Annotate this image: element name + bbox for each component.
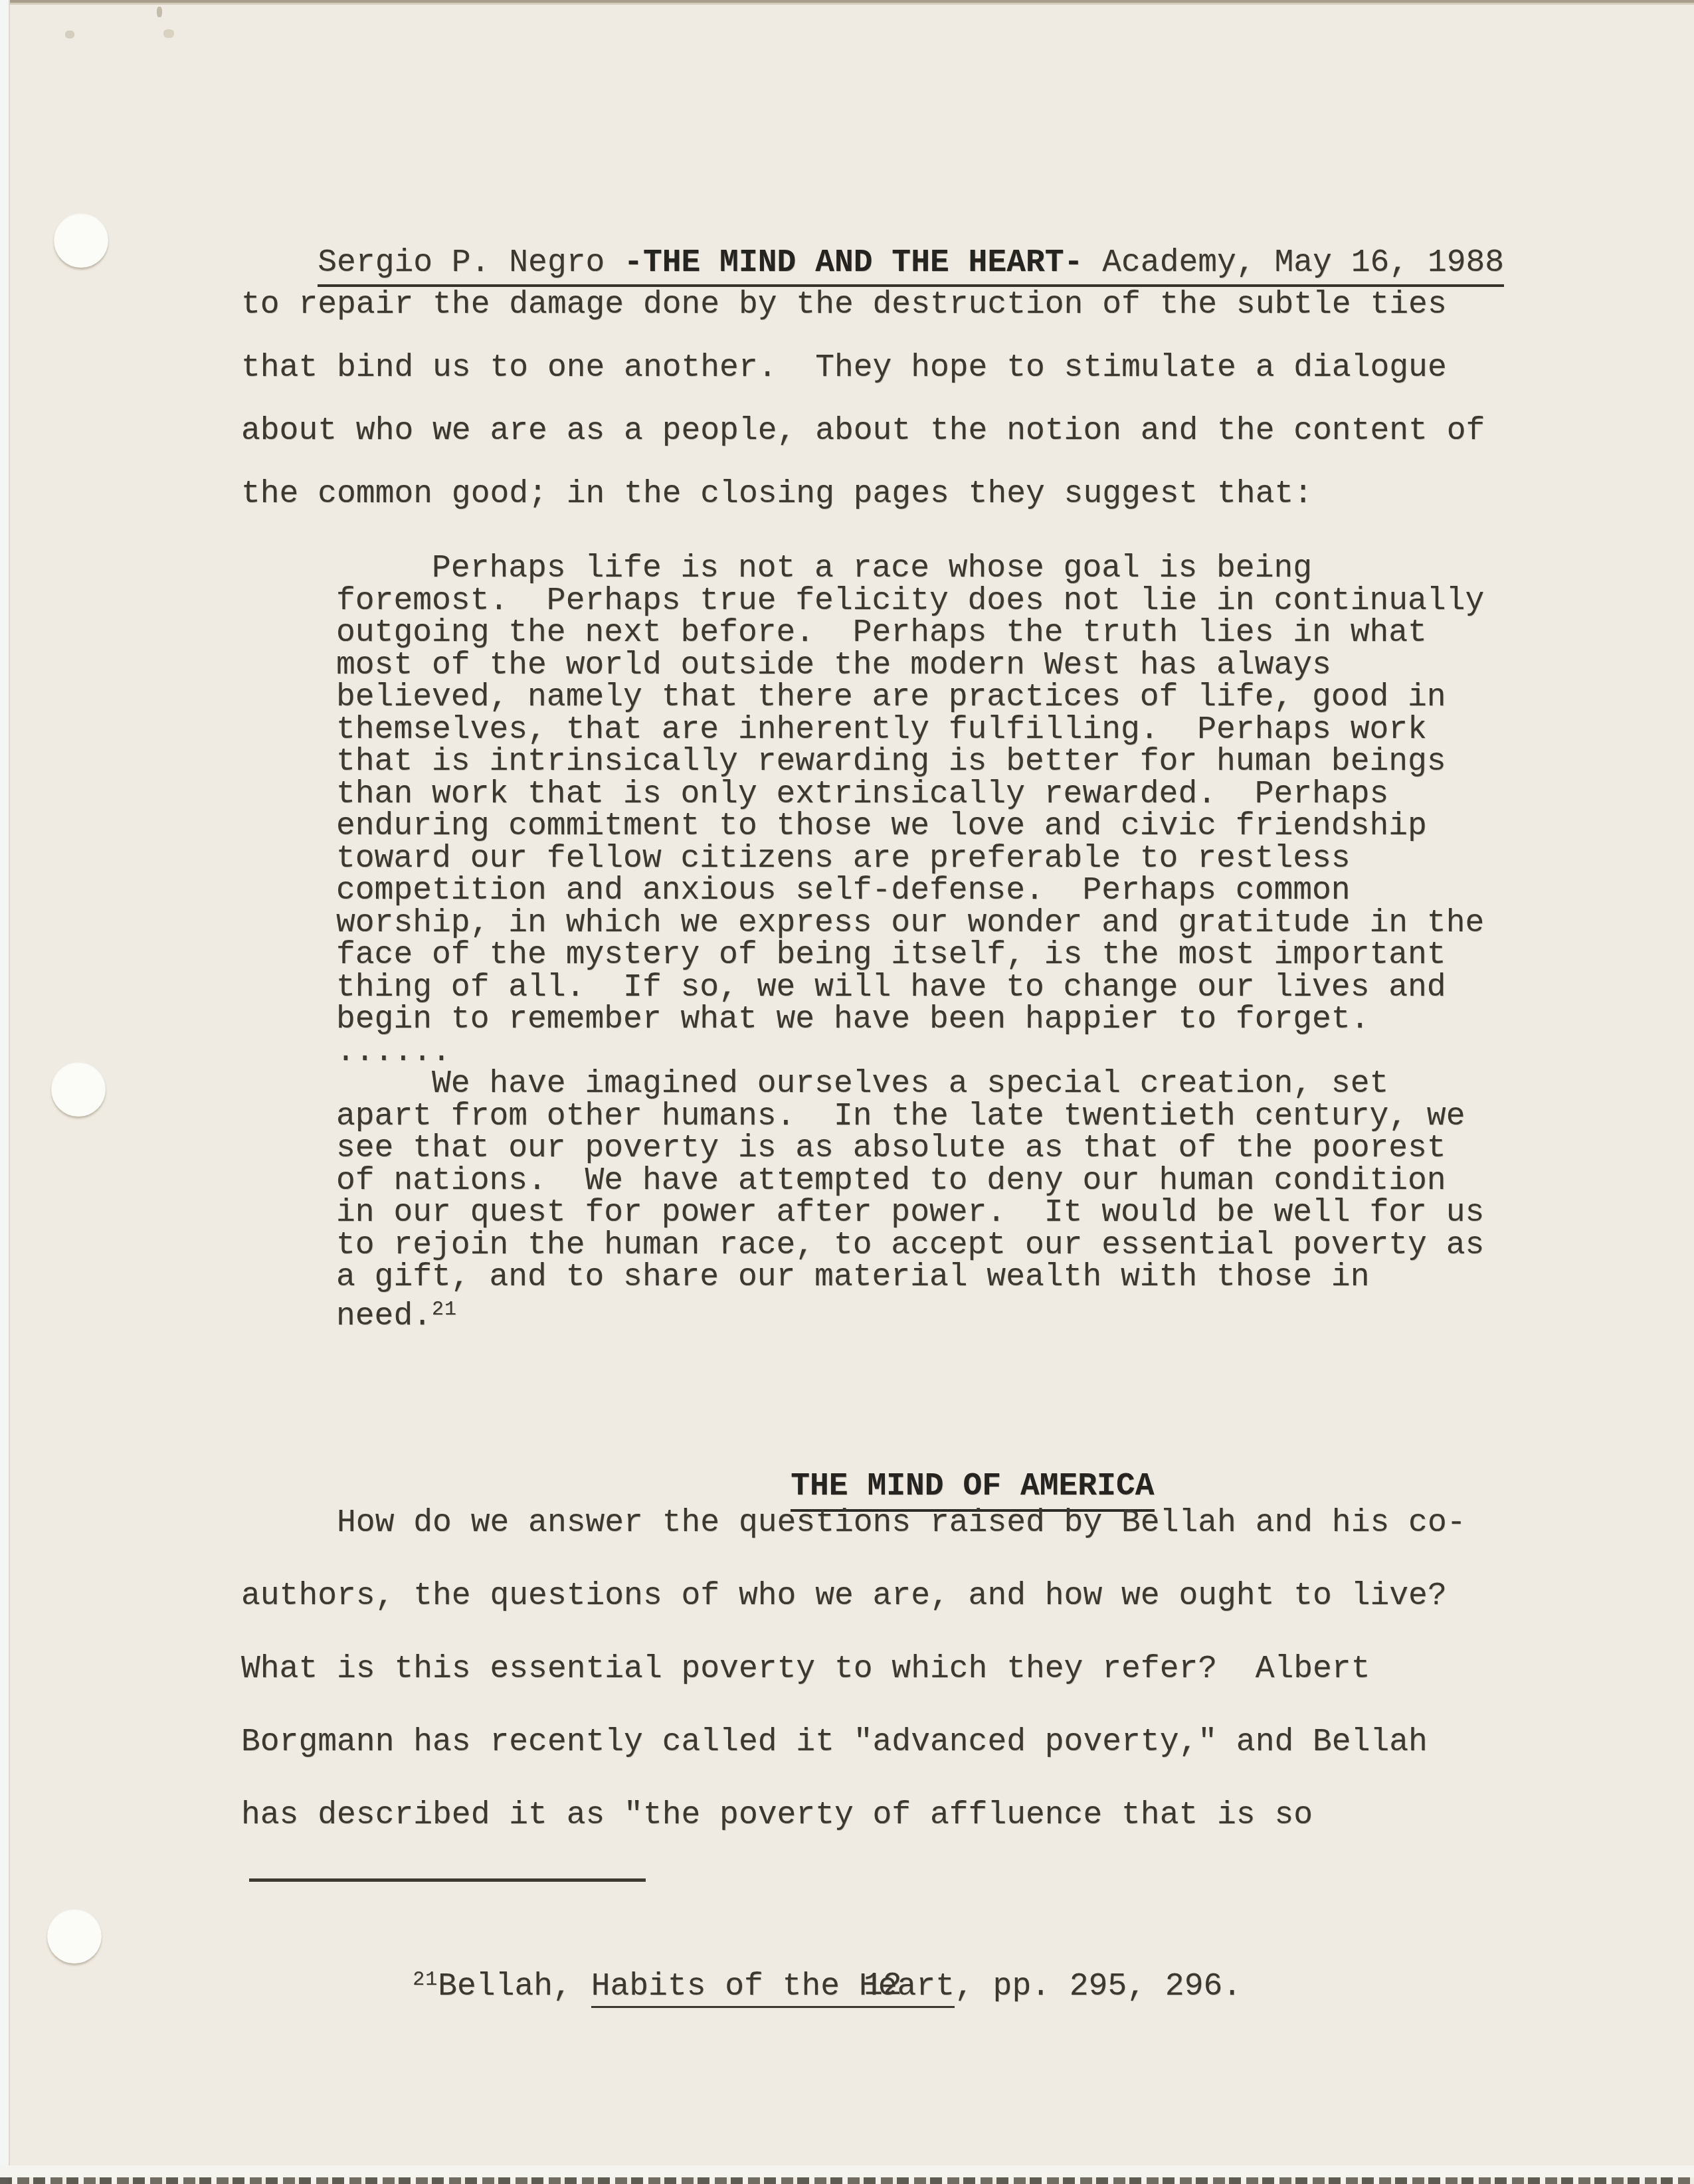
text-line: themselves, that are inherently fulfilli… [336, 714, 1484, 747]
text-line: of nations. We have attempted to deny ou… [336, 1165, 1484, 1198]
block-quote: Perhaps life is not a race whose goal is… [336, 553, 1484, 1332]
footnote: 21Bellah, Habits of the Heart, pp. 295, … [336, 1916, 1242, 2050]
hole-punch-bottom [47, 1909, 102, 1963]
page-number: 12 [864, 1965, 902, 2007]
document-page: Sergio P. Negro -THE MIND AND THE HEART-… [0, 0, 1694, 2184]
text-line: We have imagined ourselves a special cre… [336, 1068, 1484, 1101]
text-line: apart from other humans. In the late twe… [336, 1101, 1484, 1133]
pencil-mark [157, 7, 162, 17]
text-line: has described it as "the poverty of affl… [241, 1779, 1466, 1852]
text-line: a gift, and to share our material wealth… [336, 1261, 1484, 1294]
text-line: to repair the damage done by the destruc… [241, 274, 1485, 337]
hole-punch-middle [51, 1062, 106, 1117]
text-line: authors, the questions of who we are, an… [241, 1560, 1466, 1633]
text-line: to rejoin the human race, to accept our … [336, 1229, 1484, 1262]
text-line: that bind us to one another. They hope t… [241, 337, 1485, 400]
text-line: most of the world outside the modern Wes… [336, 650, 1484, 682]
text-line-with-citation: need.21 [336, 1294, 1484, 1333]
text-line: in our quest for power after power. It w… [336, 1197, 1484, 1229]
body-paragraph-1: to repair the damage done by the destruc… [241, 274, 1485, 526]
footnote-pages: , pp. 295, 296. [955, 1969, 1242, 2005]
text-line: enduring commitment to those we love and… [336, 810, 1484, 843]
text-line: What is this essential poverty to which … [241, 1633, 1466, 1706]
page-bottom-edge [0, 2165, 1694, 2177]
footnote-reference-mark: 21 [432, 1299, 457, 1321]
text-line: worship, in which we express our wonder … [336, 907, 1484, 940]
text-line: about who we are as a people, about the … [241, 400, 1485, 463]
text-line: outgoing the next before. Perhaps the tr… [336, 617, 1484, 650]
text-line: competition and anxious self-defense. Pe… [336, 875, 1484, 907]
page-left-edge [0, 0, 9, 2184]
text-line: thing of all. If so, we will have to cha… [336, 972, 1484, 1004]
text-line: How do we answer the questions raised by… [241, 1487, 1466, 1560]
text-line: Perhaps life is not a race whose goal is… [336, 553, 1484, 585]
text-line: see that our poverty is as absolute as t… [336, 1133, 1484, 1165]
footnote-marker: 21 [413, 1969, 438, 1991]
text-line: the common good; in the closing pages th… [241, 463, 1485, 526]
scanner-noise-strip [0, 2177, 1694, 2184]
text-line: that is intrinsically rewarding is bette… [336, 746, 1484, 778]
text-line: believed, namely that there are practice… [336, 682, 1484, 714]
text-line: foremost. Perhaps true felicity does not… [336, 585, 1484, 618]
hole-punch-top [54, 213, 108, 268]
staple-mark [65, 31, 74, 39]
staple-mark [163, 29, 174, 38]
quote-closing-word: need. [336, 1299, 432, 1334]
text-line: toward our fellow citizens are preferabl… [336, 843, 1484, 875]
body-paragraph-2: How do we answer the questions raised by… [241, 1487, 1466, 1852]
footnote-separator-rule [249, 1878, 646, 1882]
page-top-edge-shade [0, 3, 1694, 5]
text-line: begin to remember what we have been happ… [336, 1004, 1484, 1036]
text-line: Borgmann has recently called it "advance… [241, 1706, 1466, 1779]
text-line: than work that is only extrinsically rew… [336, 778, 1484, 811]
text-line: face of the mystery of being itself, is … [336, 939, 1484, 972]
footnote-author: Bellah, [438, 1969, 591, 2005]
ellipsis-line: ...... [336, 1036, 1484, 1069]
page-left-edge-line [9, 0, 10, 2184]
